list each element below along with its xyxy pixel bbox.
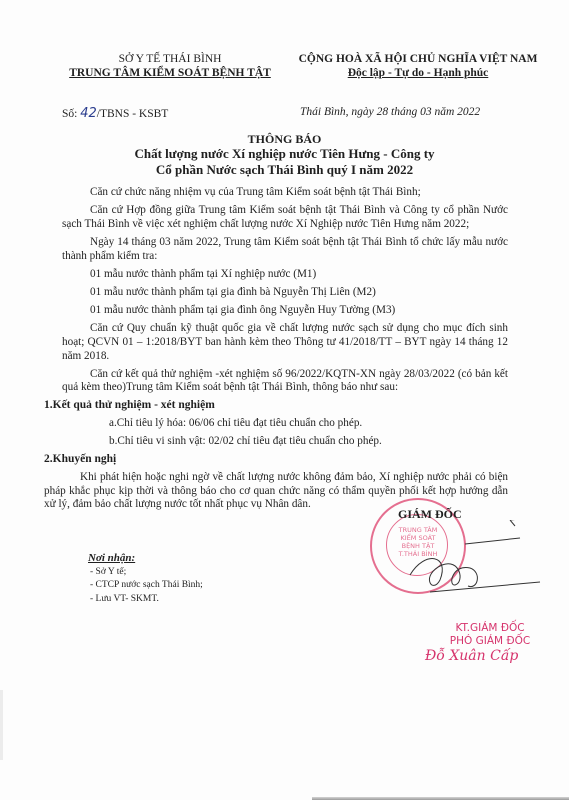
- doc-number-label: Số:: [62, 108, 77, 120]
- doc-number-handwritten: 42: [80, 106, 97, 121]
- section-1-heading: 1.Kết quả thử nghiệm - xét nghiệm: [44, 399, 508, 413]
- scan-left-edge: [0, 690, 3, 760]
- recipients-block: Nơi nhận: - Sở Y tế; - CTCP nước sạch Th…: [88, 552, 203, 606]
- document-number: Số: 42/TBNS - KSBT: [62, 106, 168, 121]
- result-physicochemical: a.Chỉ tiêu lý hóa: 06/06 chỉ tiêu đạt ti…: [62, 417, 508, 431]
- on-behalf-label: KT.GIÁM ĐỐC: [440, 622, 540, 635]
- recipients-title: Nơi nhận:: [88, 552, 203, 566]
- parent-department: SỞ Y TẾ THÁI BÌNH: [60, 52, 280, 66]
- document-title-line-2: Cổ phần Nước sạch Thái Bình quý I năm 20…: [0, 162, 569, 178]
- issuing-agency-block: SỞ Y TẾ THÁI BÌNH TRUNG TÂM KIỂM SOÁT BỆ…: [60, 52, 280, 80]
- document-type: THÔNG BÁO: [0, 132, 569, 147]
- national-motto: Độc lập - Tự do - Hạnh phúc: [268, 66, 568, 80]
- recipient-item: - Lưu VT- SKMT.: [88, 593, 203, 607]
- recipient-item: - Sở Y tế;: [88, 566, 203, 580]
- document-body: Căn cứ chức năng nhiệm vụ của Trung tâm …: [62, 186, 508, 516]
- signer-position-block: KT.GIÁM ĐỐC PHÓ GIÁM ĐỐC: [440, 622, 540, 648]
- issuing-center-name: TRUNG TÂM KIỂM SOÁT BỆNH TẬT: [69, 67, 271, 79]
- paragraph-test-result: Căn cứ kết quả thử nghiệm -xét nghiệm số…: [62, 368, 508, 395]
- document-page: SỞ Y TẾ THÁI BÌNH TRUNG TÂM KIỂM SOÁT BỆ…: [0, 0, 569, 800]
- sample-item-m1: 01 mẫu nước thành phẩm tại Xí nghiệp nướ…: [62, 268, 508, 282]
- sample-item-m3: 01 mẫu nước thành phẩm tại gia đình ông …: [62, 304, 508, 318]
- signer-position: PHÓ GIÁM ĐỐC: [440, 635, 540, 648]
- document-title-line-1: Chất lượng nước Xí nghiệp nước Tiên Hưng…: [0, 146, 569, 162]
- issuing-center: TRUNG TÂM KIỂM SOÁT BỆNH TẬT: [60, 66, 280, 80]
- place-and-date: Thái Bình, ngày 28 tháng 03 năm 2022: [300, 106, 480, 118]
- national-title-block: CỘNG HOÀ XÃ HỘI CHỦ NGHĨA VIỆT NAM Độc l…: [268, 52, 568, 80]
- result-microbiological: b.Chỉ tiêu vi sinh vật: 02/02 chỉ tiêu đ…: [62, 435, 508, 449]
- nation-name: CỘNG HOÀ XÃ HỘI CHỦ NGHĨA VIỆT NAM: [268, 52, 568, 66]
- paragraph-basis-1: Căn cứ chức năng nhiệm vụ của Trung tâm …: [62, 186, 508, 200]
- signer-name: Đỗ Xuân Cấp: [425, 648, 518, 664]
- paragraph-basis-2: Căn cứ Hợp đồng giữa Trung tâm Kiểm soát…: [62, 204, 508, 231]
- recipient-item: - CTCP nước sạch Thái Bình;: [88, 579, 203, 593]
- paragraph-standard: Căn cứ Quy chuẩn kỹ thuật quốc gia về ch…: [62, 322, 508, 363]
- sample-item-m2: 01 mẫu nước thành phẩm tại gia đình bà N…: [62, 286, 508, 300]
- paragraph-sampling: Ngày 14 tháng 03 năm 2022, Trung tâm Kiể…: [62, 236, 508, 263]
- doc-number-suffix: /TBNS - KSBT: [97, 108, 169, 120]
- section-2-heading: 2.Khuyến nghị: [44, 453, 508, 467]
- handwritten-signature-icon: [370, 520, 550, 600]
